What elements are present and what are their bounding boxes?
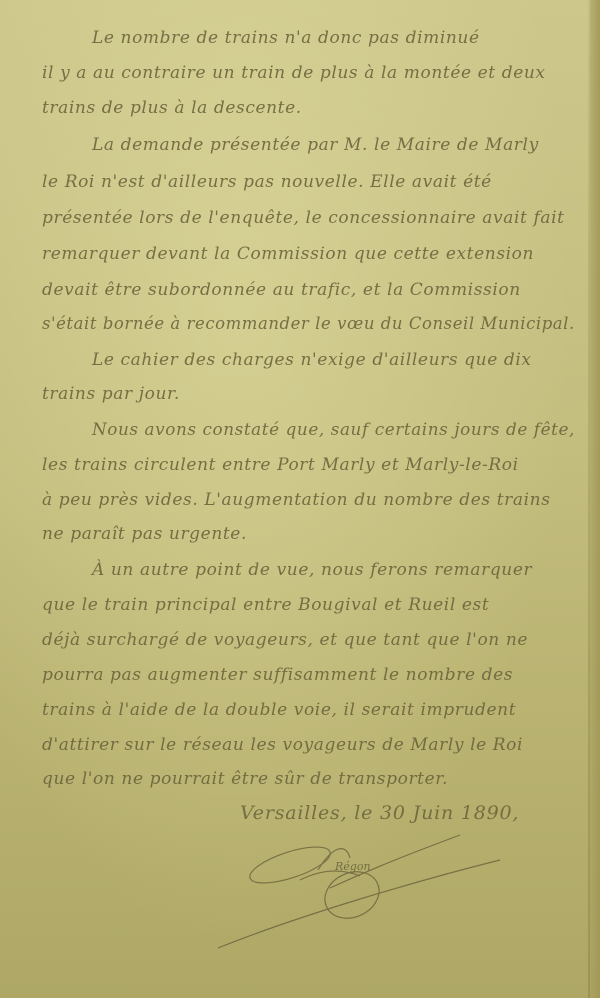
text-line: Le nombre de trains n'a donc pas diminué — [92, 28, 480, 48]
text-line: Nous avons constaté que, sauf certains j… — [92, 420, 575, 440]
text-line: le Roi n'est d'ailleurs pas nouvelle. El… — [42, 172, 492, 192]
signature-name: Régon — [335, 860, 371, 873]
text-line: que l'on ne pourrait être sûr de transpo… — [42, 769, 448, 789]
text-line: à peu près vides. L'augmentation du nomb… — [42, 490, 551, 510]
text-line: trains par jour. — [42, 384, 180, 404]
text-line: déjà surchargé de voyageurs, et que tant… — [42, 630, 528, 650]
text-line: ne paraît pas urgente. — [42, 524, 247, 544]
text-line: trains de plus à la descente. — [42, 98, 302, 118]
text-line: À un autre point de vue, nous ferons rem… — [92, 560, 532, 580]
text-line: présentée lors de l'enquête, le concessi… — [42, 208, 565, 228]
text-line: Le cahier des charges n'exige d'ailleurs… — [92, 350, 532, 370]
text-line: trains à l'aide de la double voie, il se… — [42, 700, 516, 720]
text-line: d'attirer sur le réseau les voyageurs de… — [42, 735, 523, 755]
text-line: devait être subordonnée au trafic, et la… — [42, 280, 521, 300]
text-line: remarquer devant la Commission que cette… — [42, 244, 534, 264]
manuscript-page: Le nombre de trains n'a donc pas diminué… — [0, 0, 600, 998]
date-line: Versailles, le 30 Juin 1890, — [240, 802, 519, 824]
text-line: pourra pas augmenter suffisamment le nom… — [42, 665, 513, 685]
text-line: il y a au contraire un train de plus à l… — [42, 63, 546, 83]
text-line: La demande présentée par M. le Maire de … — [92, 135, 539, 155]
text-line: que le train principal entre Bougival et… — [42, 595, 489, 615]
page-edge-line — [588, 0, 590, 998]
page-edge-shadow — [590, 0, 600, 998]
text-line: les trains circulent entre Port Marly et… — [42, 455, 519, 475]
text-line: s'était bornée à recommander le vœu du C… — [42, 314, 575, 334]
